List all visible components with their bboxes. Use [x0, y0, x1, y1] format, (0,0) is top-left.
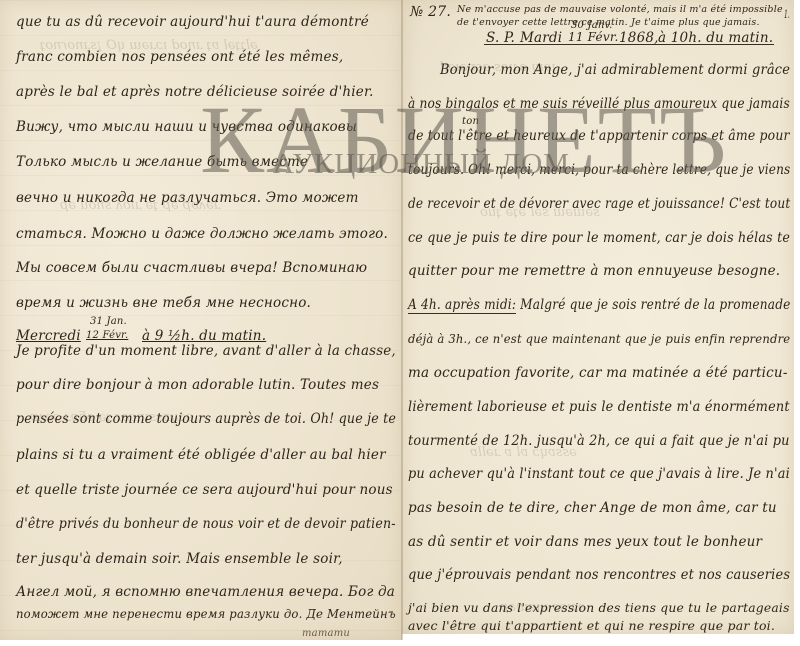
left-line-14: plains si tu a vraiment été obligée d'al…	[16, 447, 386, 463]
left-line-8: Мы совсем были счастливы вчера! Вспомина…	[16, 260, 367, 276]
left-line-19: поможет мне перенести время разлуки до. …	[16, 606, 396, 621]
left-line-12: pour dire bonjour à mon adorable lutin. …	[16, 377, 379, 393]
left-line-11: Je profite d'un moment libre, avant d'al…	[16, 343, 396, 359]
right-line-10: ma occupation favorite, car ma matinée a…	[408, 365, 788, 381]
right-line-8: A 4h. après midi: Malgré que je sois ren…	[408, 297, 791, 313]
watermark-subtitle: АУКЦИОННЫЙ ДОМ	[273, 150, 570, 179]
right-line-1: Bonjour, mon Ange, j'ai admirablement do…	[440, 62, 790, 78]
right-line-13: pu achever qu'à l'instant tout ce que j'…	[408, 466, 790, 482]
afternoon-underline	[408, 313, 516, 314]
letter-number: № 27.	[410, 4, 451, 20]
right-line-15: as dû sentir et voir dans mes yeux tout …	[408, 534, 762, 550]
right-line-5: de recevoir et de dévorer avec rage et j…	[408, 196, 790, 212]
right-line-11: lièrement laborieuse et puis le dentiste…	[408, 399, 790, 415]
left-date-bottom: 12 Févr.	[86, 330, 128, 341]
right-line-14: pas besoin de te dire, cher Ange de mon …	[408, 500, 777, 516]
left-line-13: pensées sont comme toujours auprès de to…	[16, 411, 396, 427]
right-line-17: j'ai bien vu dans l'expression des tiens…	[408, 600, 790, 615]
date-bottom: 11 Févr.	[568, 30, 618, 44]
right-line-12: tourmenté de 12h. jusqu'à 2h, ce qui a f…	[408, 433, 790, 449]
page-number: 1.	[784, 8, 790, 21]
left-bottom-stub: mamamu	[302, 628, 350, 639]
date-underline	[484, 44, 774, 45]
left-line-1: que tu as dû recevoir aujourd'hui t'aura…	[16, 14, 369, 30]
left-date-day: Mercredi	[16, 328, 81, 344]
left-line-15: et quelle triste journée ce sera aujourd…	[16, 482, 393, 498]
left-date-time: à 9 ½h. du matin.	[142, 328, 266, 344]
right-line-9: déjà à 3h., ce n'est que maintenant que …	[408, 331, 790, 346]
right-line-7: quitter pour me remettre à mon ennuyeuse…	[408, 263, 780, 279]
left-line-16: d'être privés du bonheur de nous voir et…	[16, 516, 396, 532]
left-line-2: franc combien nos pensées ont été les mê…	[16, 49, 343, 65]
right-line-6: ce que je puis te dire pour le moment, c…	[408, 230, 790, 246]
left-line-18: Ангел мой, я вспомню впечатления вечера.…	[16, 584, 395, 600]
left-line-7: статься. Можно и даже должно желать этог…	[16, 226, 388, 242]
header-note-line-1: Ne m'accuse pas de mauvaise volonté, mai…	[457, 4, 783, 15]
left-date-top: 31 Jan.	[90, 316, 127, 327]
right-line-16: que j'éprouvais pendant nos rencontres e…	[408, 567, 790, 583]
right-line-18: avec l'être qui t'appartient et qui ne r…	[408, 618, 775, 633]
left-line-9: время и жизнь вне тебя мне несносно.	[16, 295, 311, 311]
left-line-17: ter jusqu'à demain soir. Mais ensemble l…	[16, 551, 343, 567]
